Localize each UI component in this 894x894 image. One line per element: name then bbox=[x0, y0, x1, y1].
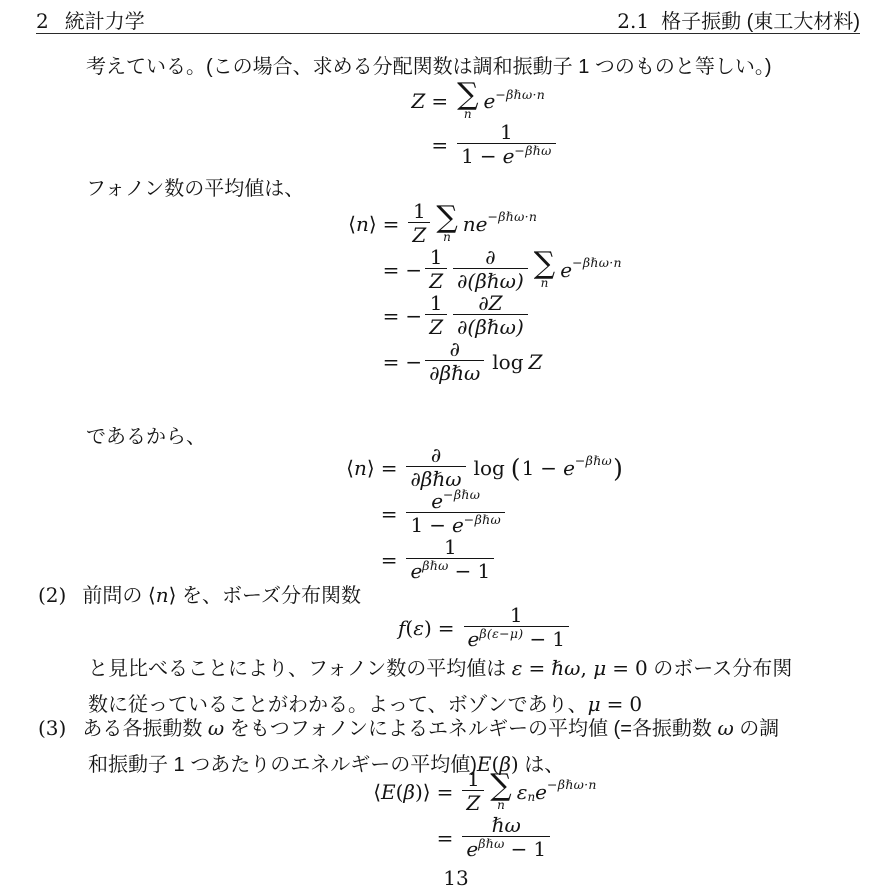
fraction-numerator: ∂Z bbox=[474, 294, 506, 314]
math-roman: − bbox=[405, 350, 422, 374]
math-variable: ne bbox=[463, 212, 488, 236]
fraction-numerator: 1 bbox=[409, 202, 430, 222]
math-variable: e bbox=[466, 839, 478, 859]
summation-index: n bbox=[464, 108, 472, 120]
item-3-head-line-1: ある各振動数 ω をもつフォノンによるエネルギーの平均値 (=各振動数 ω の調 bbox=[82, 716, 779, 740]
equation-grid: Z=∑ne−βℏω·n=11−e−βℏω bbox=[411, 82, 558, 166]
equation-energy-average: ⟨E(β)⟩=1Z∑nεne−βℏω·n=ℏωeβℏω−1 bbox=[38, 770, 894, 859]
math-variable: e bbox=[452, 515, 464, 535]
math-roman: ⟨ bbox=[346, 456, 354, 480]
fraction: 11−e−βℏω bbox=[457, 123, 556, 166]
superscript: βℏω bbox=[422, 556, 448, 576]
math-variable: e bbox=[431, 492, 443, 511]
math-variable: ∂Z bbox=[478, 294, 502, 313]
superscript: −βℏω·n bbox=[487, 209, 537, 224]
math-operator: = bbox=[377, 304, 406, 328]
text-run: をもつフォノンによるエネルギーの平均値 (=各振動数 bbox=[224, 718, 717, 740]
item-2-body-line-1: と見比べることにより、フォノン数の平均値は ε=ℏω, μ=0 のボース分布関 bbox=[88, 654, 864, 683]
text-run: と見比べることにより、フォノン数の平均値は bbox=[88, 658, 512, 680]
item-2-head: 前問の ⟨n⟩ を、ボーズ分布関数 bbox=[82, 583, 361, 607]
fraction-numerator: 1 bbox=[463, 770, 484, 790]
equation-rhs: =−1Z∂Z∂(βℏω) bbox=[377, 294, 622, 337]
math-operator: = bbox=[377, 350, 406, 374]
page-number: 13 bbox=[443, 866, 468, 890]
superscript: β(ε−μ) bbox=[479, 624, 523, 644]
equation-rhs: =11−e−βℏω bbox=[425, 123, 558, 166]
math-roman: ⟩ bbox=[369, 212, 377, 236]
sigma-symbol: ∑ bbox=[534, 251, 555, 277]
fraction-numerator: ∂ bbox=[481, 248, 499, 268]
superscript: −βℏω bbox=[575, 453, 612, 468]
math-variable: μ bbox=[593, 656, 606, 680]
summation: ∑n bbox=[490, 773, 511, 811]
equation-rhs: =ℏωeβℏω−1 bbox=[431, 816, 597, 859]
item-3-label: (3) bbox=[38, 716, 66, 740]
math-operator: − bbox=[523, 629, 552, 649]
math-operator: − bbox=[449, 561, 478, 581]
math-variable: ∂ bbox=[485, 248, 495, 267]
item-2-label: (2) bbox=[38, 583, 66, 607]
equation-lines: ⟨E(β)⟩=1Z∑nεne−βℏω·n=ℏωeβℏω−1 bbox=[373, 770, 597, 859]
superscript: −βℏω·n bbox=[572, 255, 622, 270]
equation-lhs: ⟨n⟩ bbox=[346, 456, 375, 480]
fraction: 1Z bbox=[462, 770, 484, 813]
fraction: ∂Z∂(βℏω) bbox=[453, 294, 528, 337]
math-roman: 1 bbox=[410, 515, 423, 535]
equation-phonon-average-result: ⟨n⟩=∂∂βℏωlog(1−e−βℏω)=e−βℏω1−e−βℏω=1eβℏω… bbox=[38, 446, 894, 581]
math-roman: 1 bbox=[533, 839, 546, 859]
math-operator: − bbox=[423, 515, 452, 535]
math-variable: n bbox=[156, 583, 169, 607]
math-delimiter: ) bbox=[612, 459, 624, 479]
list-item-3: (3)ある各振動数 ω をもつフォノンによるエネルギーの平均値 (=各振動数 ω… bbox=[38, 714, 779, 743]
fraction-denominator: eβ(ε−μ)−1 bbox=[464, 626, 569, 649]
text-run: 考えている。(この場合、求める分配関数は調和振動子 1 つのものと等しい。) bbox=[86, 56, 772, 78]
equation-lhs: Z bbox=[411, 89, 425, 113]
equation-grid: f(ε)=1eβ(ε−μ)−1 bbox=[398, 606, 572, 649]
math-operator: = bbox=[431, 780, 460, 804]
equation-rhs: =−1Z∂∂(βℏω)∑ne−βℏω·n bbox=[377, 248, 622, 291]
summation-index: n bbox=[443, 231, 451, 243]
math-variable: ω bbox=[208, 716, 224, 740]
math-roman: 1 bbox=[510, 606, 523, 625]
math-variable: n bbox=[356, 212, 369, 236]
equation-rhs: =1Z∑nεne−βℏω·n bbox=[431, 770, 597, 813]
section-title: 統計力学 bbox=[65, 11, 145, 33]
math-roman: 1 bbox=[430, 248, 443, 267]
math-operator: = bbox=[523, 656, 552, 680]
section-number: 2 bbox=[36, 9, 49, 33]
math-function: log bbox=[487, 350, 528, 374]
math-operator: = bbox=[377, 258, 406, 282]
math-roman: 1 bbox=[413, 202, 426, 221]
math-variable: f bbox=[398, 616, 405, 640]
math-operator: = bbox=[425, 133, 454, 157]
sigma-symbol: ∑ bbox=[436, 205, 457, 231]
text-run: であるから、 bbox=[86, 426, 206, 448]
math-roman: 1 bbox=[444, 538, 457, 557]
equation-rhs: =1eβℏω−1 bbox=[375, 538, 624, 581]
math-operator: = bbox=[375, 502, 404, 526]
math-variable: ℏω bbox=[551, 656, 580, 680]
fraction-denominator: Z bbox=[425, 314, 447, 337]
math-variable: ∂(βℏω) bbox=[457, 317, 524, 337]
superscript: −βℏω bbox=[443, 485, 480, 504]
fraction: ℏωeβℏω−1 bbox=[462, 816, 550, 859]
math-roman: ⟨ bbox=[348, 212, 356, 236]
sigma-symbol: ∑ bbox=[457, 82, 478, 108]
math-roman: ) bbox=[415, 780, 423, 804]
math-variable: E bbox=[381, 780, 396, 804]
summation: ∑n bbox=[436, 205, 457, 243]
math-roman: , bbox=[580, 656, 593, 680]
math-roman: ) bbox=[424, 616, 432, 640]
fraction: 1Z bbox=[408, 202, 430, 245]
math-variable: ε bbox=[413, 616, 424, 640]
math-roman: 1 bbox=[500, 123, 513, 142]
fraction-denominator: Z bbox=[408, 222, 430, 245]
equation-rhs: =−∂∂βℏωlogZ bbox=[377, 340, 622, 383]
superscript: βℏω bbox=[478, 834, 504, 854]
math-variable: e bbox=[503, 146, 515, 166]
equation-lines: ⟨n⟩=∂∂βℏωlog(1−e−βℏω)=e−βℏω1−e−βℏω=1eβℏω… bbox=[346, 446, 624, 581]
math-variable: e bbox=[563, 456, 575, 480]
fraction-denominator: 1−e−βℏω bbox=[457, 143, 556, 166]
math-roman: ⟩ bbox=[423, 780, 431, 804]
fraction-numerator: 1 bbox=[506, 606, 527, 626]
math-roman: ⟩ bbox=[367, 456, 375, 480]
text-run: ある各振動数 bbox=[82, 718, 208, 740]
equation-phonon-average-derivation: ⟨n⟩=1Z∑nne−βℏω·n=−1Z∂∂(βℏω)∑ne−βℏω·n=−1Z… bbox=[38, 202, 894, 383]
fraction: 1Z bbox=[425, 248, 447, 291]
text-run: 前問の bbox=[82, 585, 148, 607]
fraction-numerator: 1 bbox=[426, 294, 447, 314]
subsection-title: 格子振動 (東工大材料) bbox=[661, 11, 860, 33]
equation-rhs: =1eβ(ε−μ)−1 bbox=[432, 606, 572, 649]
math-variable: ε bbox=[517, 780, 528, 804]
math-variable: Z bbox=[412, 225, 426, 245]
equation-lhs: f(ε) bbox=[398, 616, 432, 640]
equation-lhs: ⟨E(β)⟩ bbox=[373, 780, 430, 804]
math-variable: e bbox=[468, 629, 480, 649]
math-operator: = bbox=[606, 656, 635, 680]
fraction: ∂∂βℏω bbox=[406, 446, 465, 489]
fraction-denominator: ∂(βℏω) bbox=[453, 268, 528, 291]
equation-partition-function: Z=∑ne−βℏω·n=11−e−βℏω bbox=[38, 82, 894, 166]
text-run: を、ボーズ分布関数 bbox=[176, 585, 361, 607]
fraction-denominator: Z bbox=[462, 790, 484, 813]
fraction-denominator: ∂βℏω bbox=[425, 360, 484, 383]
running-subsection-heading: 2.1格子振動 (東工大材料) bbox=[617, 9, 860, 34]
fraction-numerator: ∂ bbox=[427, 446, 445, 466]
running-section-heading: 2統計力学 bbox=[36, 9, 145, 34]
equation-lines: f(ε)=1eβ(ε−μ)−1 bbox=[398, 606, 572, 649]
math-operator: = bbox=[432, 616, 461, 640]
fraction-denominator: ∂(βℏω) bbox=[453, 314, 528, 337]
summation-index: n bbox=[541, 277, 549, 289]
math-operator: = bbox=[425, 89, 454, 113]
math-roman: 1 bbox=[552, 629, 565, 649]
fraction-numerator: 1 bbox=[440, 538, 461, 558]
equation-bose-distribution: f(ε)=1eβ(ε−μ)−1 bbox=[38, 606, 894, 649]
math-roman: − bbox=[405, 258, 422, 282]
fraction-denominator: eβℏω−1 bbox=[406, 558, 494, 581]
superscript: −βℏω·n bbox=[547, 777, 597, 792]
math-variable: n bbox=[354, 456, 367, 480]
math-variable: Z bbox=[529, 350, 543, 374]
math-variable: ∂(βℏω) bbox=[457, 271, 524, 291]
fraction-denominator: 1−e−βℏω bbox=[406, 512, 505, 535]
math-variable: μ bbox=[588, 692, 601, 716]
math-roman: ⟨ bbox=[373, 780, 381, 804]
math-operator: = bbox=[377, 212, 406, 236]
math-roman: 0 bbox=[635, 656, 648, 680]
math-variable: Z bbox=[429, 271, 443, 291]
equation-grid: ⟨E(β)⟩=1Z∑nεne−βℏω·n=ℏωeβℏω−1 bbox=[373, 770, 597, 859]
equation-lines: Z=∑ne−βℏω·n=11−e−βℏω bbox=[411, 82, 558, 166]
fraction: ∂∂(βℏω) bbox=[453, 248, 528, 291]
math-delimiter: ( bbox=[510, 459, 522, 479]
fraction: ∂∂βℏω bbox=[425, 340, 484, 383]
summation-index: n bbox=[497, 799, 505, 811]
fraction-numerator: 1 bbox=[426, 248, 447, 268]
equation-lines: ⟨n⟩=1Z∑nne−βℏω·n=−1Z∂∂(βℏω)∑ne−βℏω·n=−1Z… bbox=[348, 202, 622, 383]
math-variable: ∂ bbox=[450, 340, 460, 359]
page-header: 2統計力学 2.1格子振動 (東工大材料) bbox=[36, 9, 860, 34]
fraction-denominator: eβℏω−1 bbox=[462, 836, 550, 859]
math-variable: ∂βℏω bbox=[429, 363, 480, 383]
summation: ∑n bbox=[534, 251, 555, 289]
equation-rhs: =e−βℏω1−e−βℏω bbox=[375, 492, 624, 535]
text-run: のボース分布関 bbox=[648, 658, 793, 680]
equation-grid: ⟨n⟩=∂∂βℏωlog(1−e−βℏω)=e−βℏω1−e−βℏω=1eβℏω… bbox=[346, 446, 624, 581]
sigma-symbol: ∑ bbox=[490, 773, 511, 799]
superscript: −βℏω bbox=[514, 141, 551, 161]
math-roman: − bbox=[405, 304, 422, 328]
math-roman: ⟨ bbox=[148, 583, 156, 607]
math-variable: e bbox=[410, 561, 422, 581]
fraction-numerator: 1 bbox=[496, 123, 517, 143]
text-run: の調 bbox=[734, 718, 780, 740]
paragraph-phonon-average-intro: フォノン数の平均値は、 bbox=[86, 174, 864, 203]
equation-rhs: =∑ne−βℏω·n bbox=[425, 82, 558, 120]
equation-grid: ⟨n⟩=1Z∑nne−βℏω·n=−1Z∂∂(βℏω)∑ne−βℏω·n=−1Z… bbox=[348, 202, 622, 383]
equation-rhs: =1Z∑nne−βℏω·n bbox=[377, 202, 622, 245]
math-variable: Z bbox=[411, 89, 425, 113]
subsection-number: 2.1 bbox=[617, 9, 649, 33]
math-variable: Z bbox=[429, 317, 443, 337]
math-variable: ∂ bbox=[431, 446, 441, 465]
fraction: 1eβℏω−1 bbox=[406, 538, 494, 581]
document-page: 2統計力学 2.1格子振動 (東工大材料) 考えている。(この場合、求める分配関… bbox=[0, 0, 894, 894]
math-roman: ( bbox=[405, 616, 413, 640]
math-variable: e bbox=[560, 258, 572, 282]
math-variable: e bbox=[535, 780, 547, 804]
math-variable: Z bbox=[466, 793, 480, 813]
math-operator: − bbox=[534, 456, 563, 480]
math-operator: = bbox=[375, 456, 404, 480]
math-roman: 0 bbox=[629, 692, 642, 716]
math-variable: ω bbox=[717, 716, 733, 740]
math-variable: ℏω bbox=[492, 816, 521, 835]
math-operator: = bbox=[431, 826, 460, 850]
text-run: フォノン数の平均値は、 bbox=[86, 178, 304, 200]
fraction: 1Z bbox=[425, 294, 447, 337]
header-rule bbox=[36, 33, 860, 34]
math-operator: − bbox=[505, 839, 534, 859]
math-variable: e bbox=[484, 89, 496, 113]
superscript: −βℏω·n bbox=[495, 87, 545, 102]
math-variable: β bbox=[403, 780, 415, 804]
text-run: 数に従っていることがわかる。よって、ボゾンであり、 bbox=[88, 694, 588, 716]
math-roman: 1 bbox=[477, 561, 490, 581]
superscript: −βℏω bbox=[464, 510, 501, 530]
fraction: 1eβ(ε−μ)−1 bbox=[464, 606, 569, 649]
subscript: n bbox=[527, 790, 535, 804]
page-footer: 13 bbox=[9, 866, 894, 890]
math-roman: 1 bbox=[461, 146, 474, 166]
fraction: e−βℏω1−e−βℏω bbox=[406, 492, 505, 535]
math-operator: − bbox=[474, 146, 503, 166]
math-roman: 1 bbox=[467, 770, 480, 789]
math-roman: 1 bbox=[522, 456, 535, 480]
math-operator: = bbox=[375, 548, 404, 572]
equation-lhs: ⟨n⟩ bbox=[348, 212, 377, 236]
math-operator: = bbox=[601, 692, 630, 716]
summation: ∑n bbox=[457, 82, 478, 120]
fraction-numerator: ℏω bbox=[488, 816, 525, 836]
math-variable: ε bbox=[512, 656, 523, 680]
equation-rhs: =∂∂βℏωlog(1−e−βℏω) bbox=[375, 446, 624, 489]
fraction-numerator: e−βℏω bbox=[427, 492, 484, 512]
math-function: log bbox=[469, 456, 510, 480]
fraction-numerator: ∂ bbox=[446, 340, 464, 360]
math-roman: 1 bbox=[430, 294, 443, 313]
fraction-denominator: Z bbox=[425, 268, 447, 291]
